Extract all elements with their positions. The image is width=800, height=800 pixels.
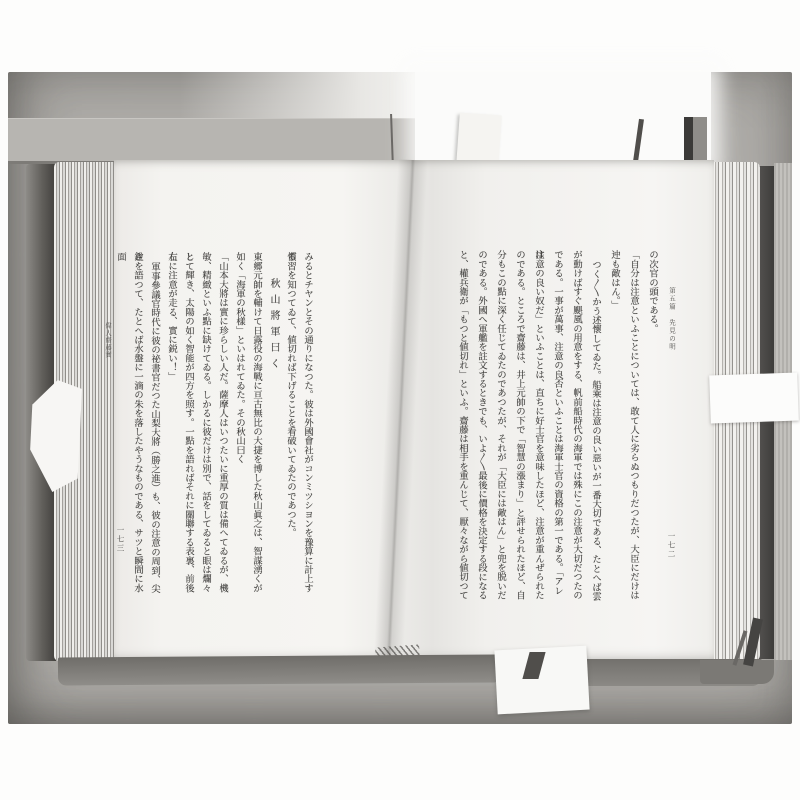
text-column: 敏、精緻といふ點に缺けてゐる。しかるに彼だけは別で、話をしてゐると眼は爛々と	[197, 252, 214, 600]
text-column: 分もこの點に深く任じてゐたのであつたが、それが「大臣には敵はん」と兜を脱いだ	[491, 250, 510, 602]
text-block-right-page: の次官の頭である。「自分は注意といふことについては、敢て人に劣らぬつもりだつたが…	[452, 250, 662, 602]
page-number-right: 一七二	[666, 532, 677, 566]
text-column: 注意の良い奴だ」といふことは、直ちに好士官を意味したほど、注意が重んぜられた	[529, 250, 548, 602]
text-column: 秋山將軍曰く	[265, 252, 282, 600]
text-column: のである。外國へ軍艦を註文するときでも、いよ〳〵最後に價格を決定する段になる	[472, 250, 491, 602]
page-number-left: 一七三	[115, 526, 126, 560]
text-column: 軍事參議官時代に彼の祕書官だつた山梨大將（勝之進）も、彼の注意の周到、尖銳	[146, 252, 163, 600]
margin-book-title-left-page: 偉人齋藤實	[103, 322, 112, 402]
text-column: の次官の頭である。	[643, 250, 662, 602]
text-column: が動けばすぐ颶風の用意をする、帆前船時代の海軍では殊にこの注意が大切だつたの	[567, 250, 586, 602]
text-column: みるとチヤンとその通りになつた。彼は外國會社がコンミツシヨンを豫算に計上する	[299, 252, 316, 600]
text-column: のである。ところで齋藤は、井上元帥の下で「智慧の漲まり」と評せられたほど、自	[510, 250, 529, 602]
text-block-left-page: みるとチヤンとその通りになつた。彼は外國會社がコンミツシヨンを豫算に計上する慣習…	[128, 252, 316, 600]
text-column: 右に注意が走る、實に鋭い！」	[163, 252, 180, 600]
text-column: 如く「海軍の秋樣」といはれてゐた。その秋山曰く	[231, 252, 248, 600]
paper-slip-right	[709, 372, 799, 423]
text-column: 慣習を知つてゐて、値切れば下げることを看破いてゐたのであつた。	[282, 252, 299, 600]
book-bottom-edge-shadow	[58, 654, 496, 685]
text-column: 「山本大將は實に珍らしい人だ。薩摩人はいつたいに重厚の質は備へてゐるが、機	[214, 252, 231, 600]
text-column: して輝き、太陽の如く智能が四方を照す。一點を語ればそれに關聯する表裏、前後左	[180, 252, 197, 600]
running-head-right-page: 第五篇 先見の明	[668, 287, 677, 397]
text-column: 東郷元帥を輔けて日露役の海戰に亘古無比の大捷を博した秋山眞之は、智謀湧くが	[248, 252, 265, 600]
text-column: と、權兵衛が「もつと値切れ」といふ。齋藤は相手を重んじて、厭々ながら値切つて	[453, 250, 472, 602]
text-column: つく〳〵かう述懷してゐた。船乘は注意の良い惡いが一番大切である、たとへば雲	[586, 250, 605, 602]
text-column: である。一事が萬事、注意の良否といふことは海軍士官の資格の第一である。「アレは	[548, 250, 567, 602]
gray-mark	[693, 117, 707, 164]
text-column: 「自分は注意といふことについては、敢て人に劣らぬつもりだつたが、大臣にだけは	[624, 250, 643, 602]
text-column: 迚も敵はん。」	[605, 250, 624, 602]
dark-mark	[684, 117, 693, 164]
photo-of-open-book: 第五篇 先見の明 の次官の頭である。「自分は注意といふことについては、敢て人に劣…	[0, 0, 800, 800]
text-column: さを語つて、たとへば水盤に一滴の朱を落したやうなものである、サツと瞬間に水面	[129, 252, 146, 600]
